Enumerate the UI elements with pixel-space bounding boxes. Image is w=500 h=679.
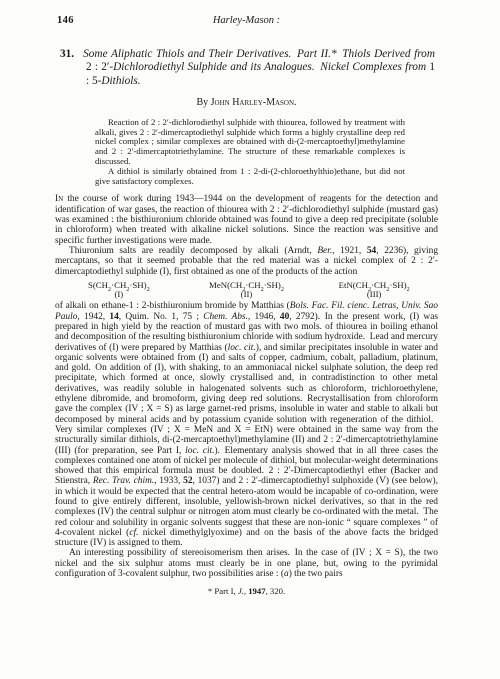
abstract: Reaction of 2 : 2′-dichlorodiethyl sulph… bbox=[95, 118, 405, 187]
running-head: 146 Harley-Mason : bbox=[55, 15, 438, 28]
formula-item-2: MeN(CH2·CH2·SH)2 (II) bbox=[183, 280, 311, 300]
formula-display: S(CH2·CH2·SH)2 (I) MeN(CH2·CH2·SH)2 (II)… bbox=[55, 280, 438, 300]
page-number: 146 bbox=[57, 15, 74, 27]
body-paragraph-1: In the course of work during 1943—1944 o… bbox=[55, 194, 438, 245]
body-paragraph-3: of alkali on ethane-1 : 2-bisthiuronium … bbox=[55, 301, 438, 548]
body-paragraph-2: Thiuronium salts are readily decomposed … bbox=[55, 246, 438, 277]
article-number: 31. bbox=[60, 48, 83, 60]
journal-page: 146 Harley-Mason : 31.Some Aliphatic Thi… bbox=[0, 0, 500, 679]
formula-label-2: (II) bbox=[183, 290, 311, 300]
article-title: Some Aliphatic Thiols and Their Derivati… bbox=[83, 48, 435, 87]
formula-label-3: (III) bbox=[310, 290, 438, 300]
body-paragraph-4: An interesting possibility of stereoisom… bbox=[55, 548, 438, 579]
formula-item-1: S(CH2·CH2·SH)2 (I) bbox=[55, 280, 183, 300]
byline: By John Harley-Mason. bbox=[55, 97, 438, 108]
abstract-paragraph-1: Reaction of 2 : 2′-dichlorodiethyl sulph… bbox=[95, 118, 405, 167]
article-body: In the course of work during 1943—1944 o… bbox=[55, 194, 438, 579]
article-title-block: 31.Some Aliphatic Thiols and Their Deriv… bbox=[60, 48, 435, 88]
formula-item-3: EtN(CH2·CH2·SH)2 (III) bbox=[310, 280, 438, 300]
running-header-title: Harley-Mason : bbox=[55, 15, 438, 27]
formula-label-1: (I) bbox=[55, 290, 183, 300]
footnote: * Part I, J., 1947, 320. bbox=[55, 586, 438, 596]
abstract-paragraph-2: A dithiol is similarly obtained from 1 :… bbox=[95, 167, 405, 187]
